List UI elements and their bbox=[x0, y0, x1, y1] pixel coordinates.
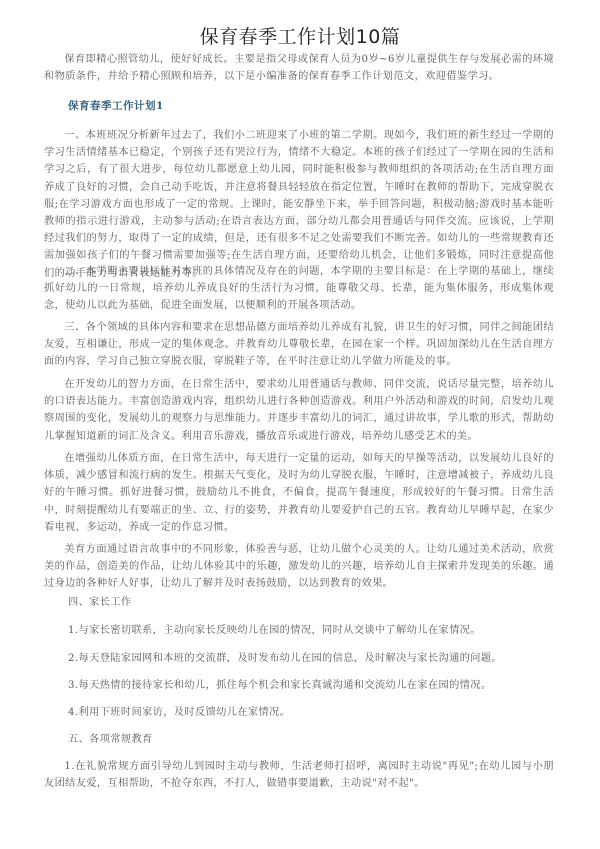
paragraph-class-analysis: 一、本班班况分析新年过去了，我们小二班迎来了小班的第二学期。现如今，我们班的新生… bbox=[44, 127, 554, 282]
section-4-item-3: 3.每天热情的接待家长和幼儿，抓住每个机会和家长真诚沟通和交流幼儿在家在园的情况… bbox=[68, 677, 558, 694]
section-heading: 保育春季工作计划1 bbox=[68, 98, 164, 113]
paragraph-semester-goals: 二、本学期主要目标针对本班的具体情况及存在的问题，本学期的主要目标是：在上学期的… bbox=[44, 263, 554, 315]
section-4-item-4: 4.利用下班时间家访，及时反馈幼儿在家情况。 bbox=[68, 704, 558, 721]
section-4-item-2: 2.每天登陆家园网和本班的交流群，及时发布幼儿在园的信息，及时解决与家长沟通的问… bbox=[68, 650, 558, 667]
paragraph-intellect: 在开发幼儿的智力方面，在日常生活中，要求幼儿用普通话与教师、同伴交流，说话尽量完… bbox=[44, 376, 554, 445]
paragraph-aesthetics: 美育方面通过语言故事中的不同形象，体验善与恶，让幼儿做个心灵美的人。让幼儿通过美… bbox=[44, 541, 554, 593]
intro-paragraph: 保育即精心照管幼儿，使好好成长。主要是指父母或保育人员为0岁~6岁儿童提供生存与… bbox=[44, 51, 554, 85]
section-4-item-1: 1.与家长密切联系，主动向家长反映幼儿在园的情况，同时从交谈中了解幼儿在家情况。 bbox=[68, 622, 558, 639]
section-4-title: 四、家长工作 bbox=[68, 594, 558, 611]
section-5-title: 五、各项常规教育 bbox=[68, 731, 558, 748]
document-title: 保育春季工作计划10篇 bbox=[0, 22, 600, 49]
paragraph-physique: 在增强幼儿体质方面，在日常生活中，每天进行一定量的运动，如每天的早操等活动，以发… bbox=[44, 450, 554, 536]
document-page: 保育春季工作计划10篇 保育即精心照管幼儿，使好好成长。主要是指父母或保育人员为… bbox=[0, 0, 600, 849]
section-5-item-1: 1.在礼貌常规方面引导幼儿到园时主动与教师，生活老师打招呼，离园时主动说"再见"… bbox=[44, 758, 554, 792]
paragraph-domain-content: 三、各个领域的具体内容和要求在思想品德方面培养幼儿养成有礼貌，讲卫生的好习惯，同… bbox=[44, 319, 554, 371]
